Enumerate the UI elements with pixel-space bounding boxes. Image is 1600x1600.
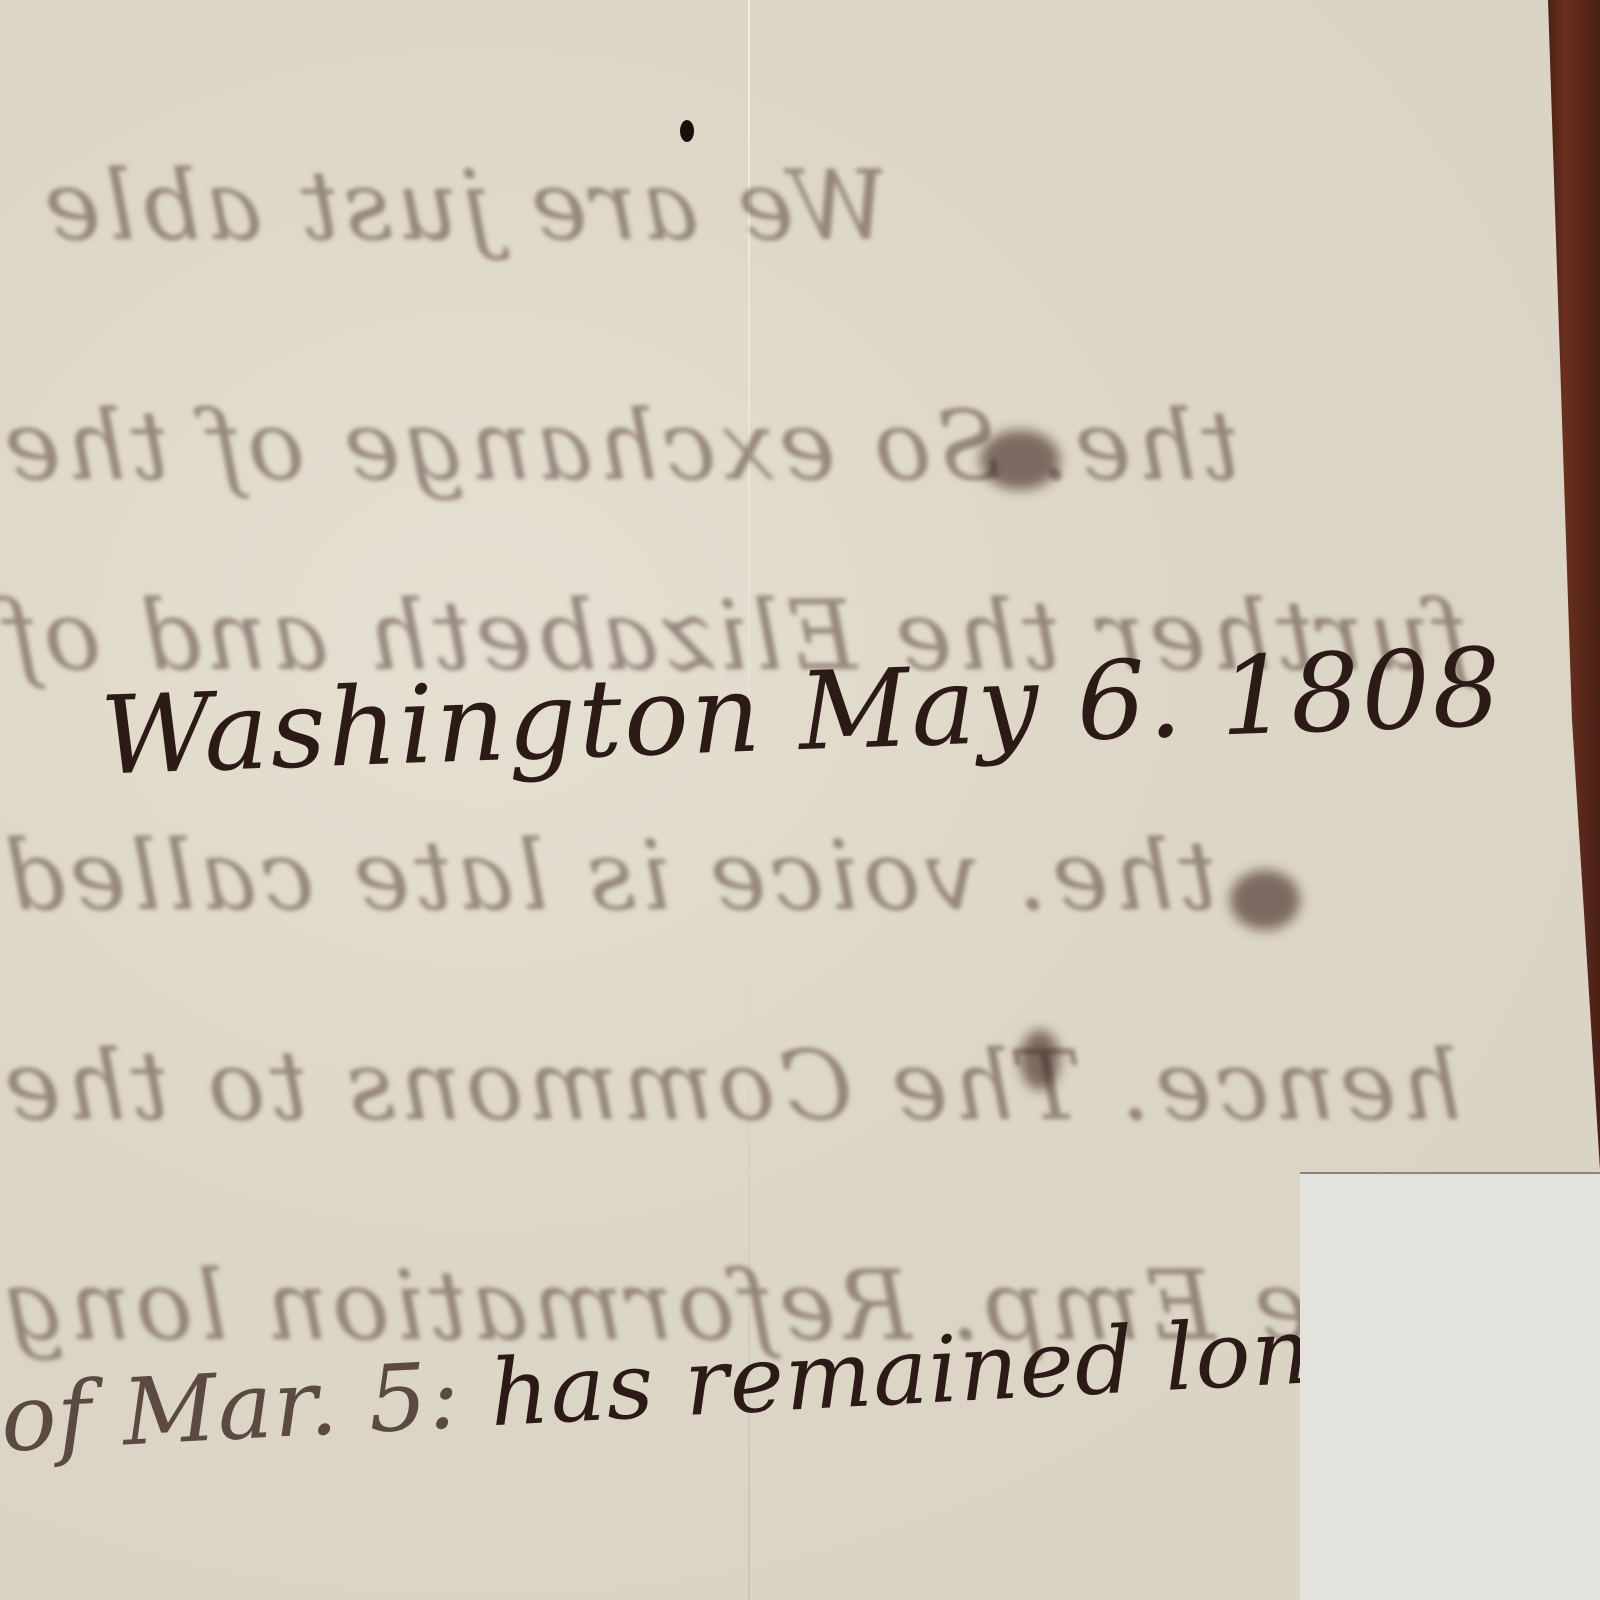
underlying-paper-sheet xyxy=(1300,1172,1600,1600)
ink-blot xyxy=(980,430,1060,490)
dateline-date: May 6. 1808 xyxy=(796,626,1504,776)
bleed-through-line-4: the. voice is late called xyxy=(0,820,1217,932)
bleed-through-line-1: We are just able xyxy=(40,150,889,262)
paper-hole xyxy=(680,120,694,142)
body-line-lead: of Mar. 5: xyxy=(0,1342,463,1473)
ink-blot xyxy=(1230,870,1300,930)
dateline-place: Washington xyxy=(98,651,764,799)
bleed-through-line-5: hence. The Commons to the xyxy=(0,1030,1462,1142)
ink-blot xyxy=(1020,1030,1060,1090)
